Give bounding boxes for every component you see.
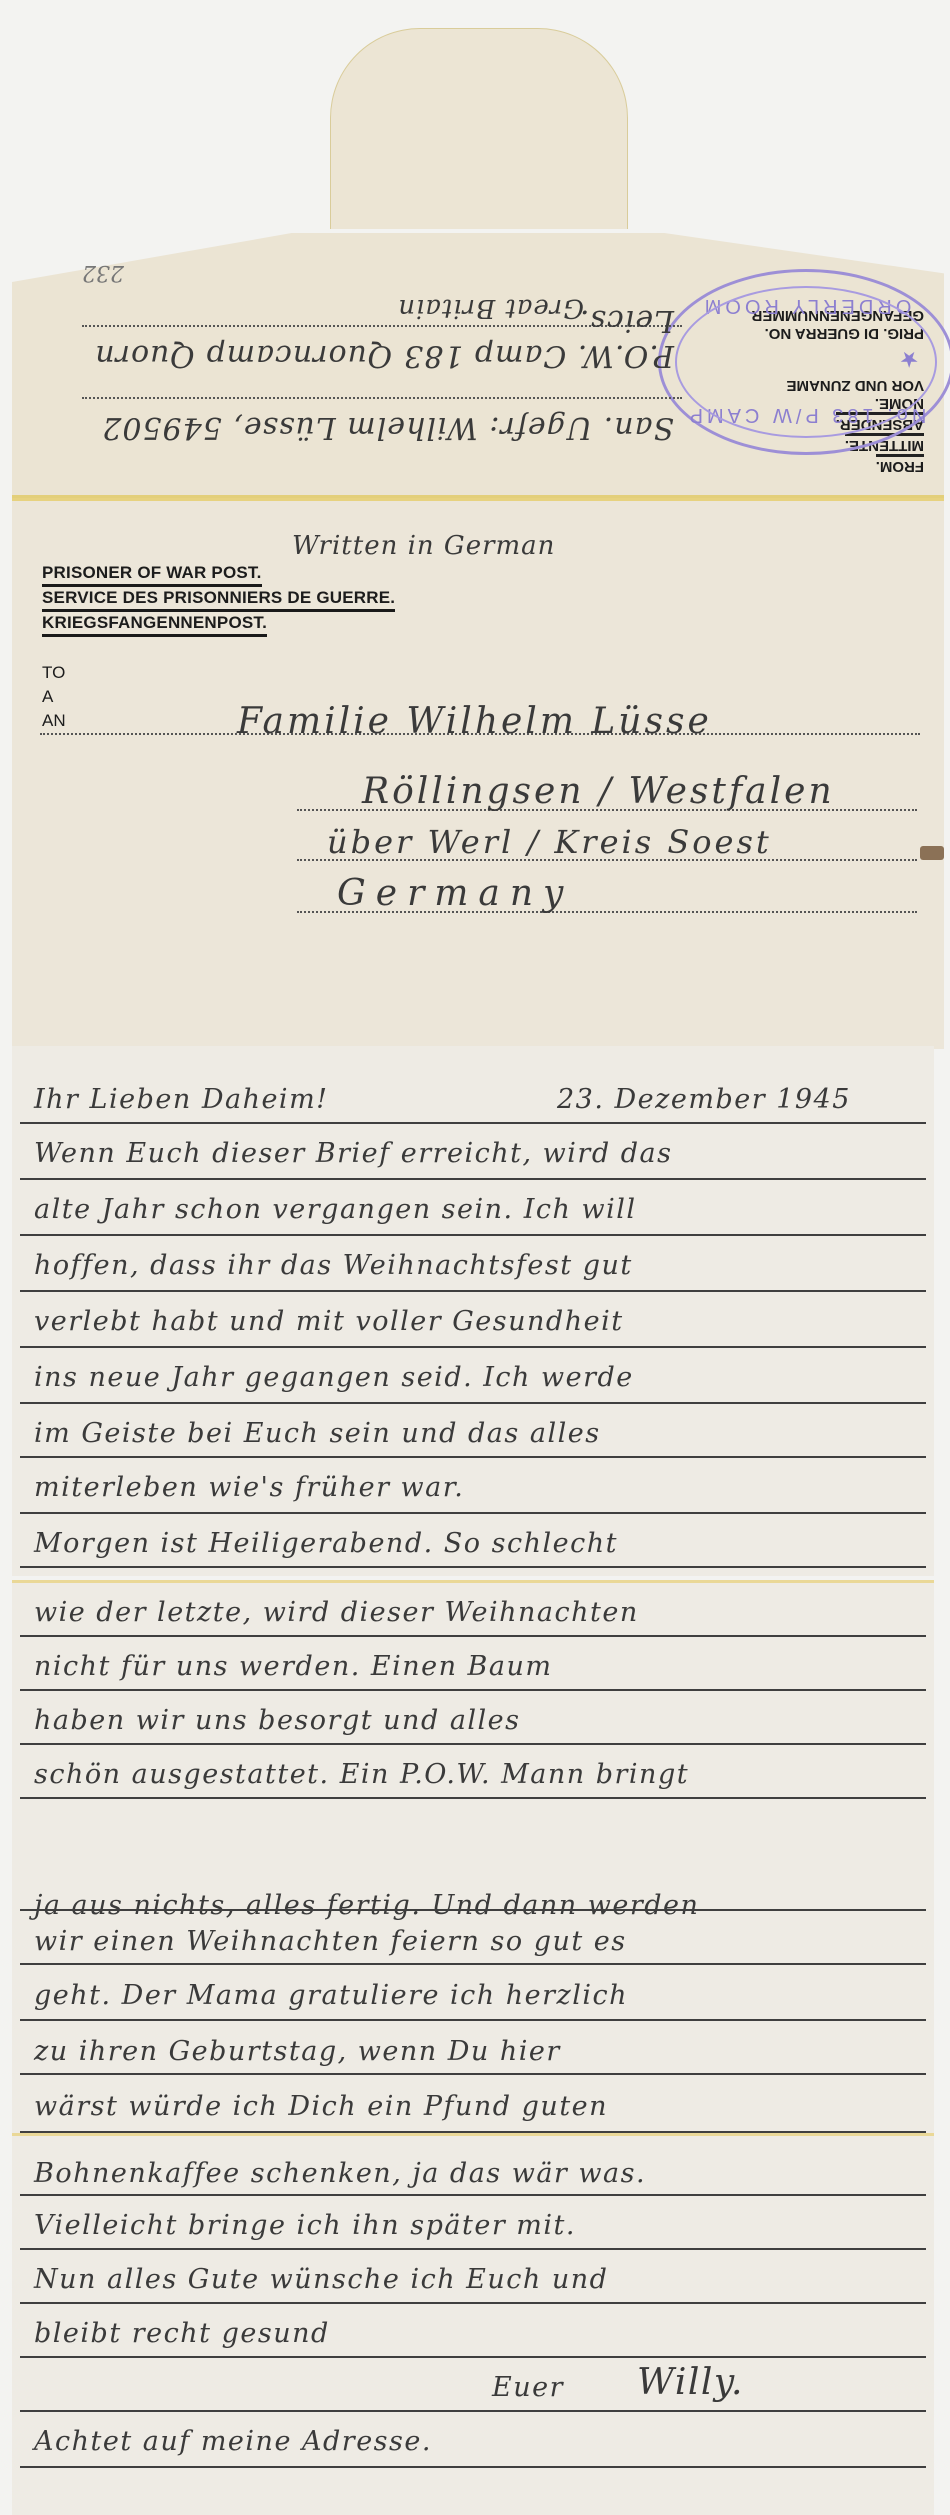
from-label: FROM. bbox=[876, 454, 924, 475]
ruled-line bbox=[20, 2073, 926, 2075]
letter-page-1: Ihr Lieben Daheim! 23. Dezember 1945 Wen… bbox=[12, 1046, 934, 1576]
pow-post-header-en: PRISONER OF WAR POST. bbox=[42, 563, 262, 583]
header-fr-text: SERVICE DES PRISONNIERS DE GUERRE. bbox=[42, 588, 395, 612]
ruled-line bbox=[20, 1743, 926, 1745]
written-in-german-note: Written in German bbox=[292, 531, 555, 561]
letter-line: hoffen, dass ihr das Weihnachtsfest gut bbox=[34, 1250, 633, 1281]
letter-line: zu ihren Geburtstag, wenn Du hier bbox=[34, 2036, 561, 2067]
header-de-text: KRIEGSFANGENNENPOST. bbox=[42, 613, 267, 637]
ink-stain bbox=[920, 846, 944, 860]
letter-line: Nun alles Gute wünsche ich Euch und bbox=[34, 2264, 608, 2295]
pencil-number: 232 bbox=[82, 260, 124, 285]
letter-line: wie der letzte, wird dieser Weihnachten bbox=[34, 1597, 639, 1628]
ruled-line bbox=[20, 1909, 926, 1911]
orderly-room-stamp: No. 183 P/W CAMP ★ ORDERLY ROOM bbox=[658, 269, 950, 455]
envelope-flap-tab bbox=[330, 28, 628, 229]
letter-line: Bohnenkaffee schenken, ja das wär was. bbox=[34, 2158, 646, 2189]
sender-section: FROM. MITTENTE. ABSENDER. NOME. VOR UND … bbox=[12, 210, 944, 495]
ruled-line bbox=[20, 2466, 926, 2468]
sender-name: San. Ugefr: Wilhelm Lüsse, 549502 bbox=[101, 410, 674, 445]
letter-line: verlebt habt und mit voller Gesundheit bbox=[34, 1306, 624, 1337]
stamp-room-text: ORDERLY ROOM bbox=[661, 294, 950, 317]
sender-country: Great Britain bbox=[397, 293, 584, 323]
a-label: A bbox=[42, 687, 53, 707]
ruled-line bbox=[20, 2356, 926, 2358]
letter-page-2: wie der letzte, wird dieser Weihnachten … bbox=[12, 1583, 934, 2133]
ruled-line bbox=[20, 1402, 926, 1404]
letter-line: im Geiste bei Euch sein und das alles bbox=[34, 1418, 601, 1449]
letter-line: Vielleicht bringe ich ihn später mit. bbox=[34, 2210, 576, 2241]
letter-line: ins neue Jahr gegangen seid. Ich werde bbox=[34, 1362, 634, 1393]
ruled-line bbox=[20, 1234, 926, 1236]
postscript: Achtet auf meine Adresse. bbox=[34, 2426, 432, 2457]
ruled-line bbox=[20, 1566, 926, 1568]
ruled-line bbox=[20, 1689, 926, 1691]
salutation: Ihr Lieben Daheim! bbox=[34, 1084, 329, 1115]
closing: Euer bbox=[492, 2372, 564, 2403]
letter-line: nicht für uns werden. Einen Baum bbox=[34, 1651, 552, 1682]
letter-line: haben wir uns besorgt und alles bbox=[34, 1705, 521, 1736]
letter-line: ja aus nichts, alles fertig. Und dann we… bbox=[34, 1890, 699, 1921]
to-label: TO bbox=[42, 663, 65, 683]
letter-line: geht. Der Mama gratuliere ich herzlich bbox=[34, 1980, 628, 2011]
ruled-line bbox=[20, 2410, 926, 2412]
recipient-district: über Werl / Kreis Soest bbox=[327, 823, 772, 861]
recipient-name: Familie Wilhelm Lüsse bbox=[237, 701, 712, 742]
ruled-line bbox=[20, 1122, 926, 1124]
ruled-line bbox=[20, 1635, 926, 1637]
ruled-line bbox=[20, 2019, 926, 2021]
ruled-line bbox=[20, 1178, 926, 1180]
letter-line: alte Jahr schon vergangen sein. Ich will bbox=[34, 1194, 636, 1225]
pow-post-header-fr: SERVICE DES PRISONNIERS DE GUERRE. bbox=[42, 588, 395, 608]
ruled-line bbox=[20, 1290, 926, 1292]
letter-line: wärst würde ich Dich ein Pfund guten bbox=[34, 2091, 608, 2122]
letter-line: Wenn Euch dieser Brief erreicht, wird da… bbox=[34, 1138, 672, 1169]
ruled-line bbox=[20, 1456, 926, 1458]
letter-line: Morgen ist Heiligerabend. So schlecht bbox=[34, 1528, 618, 1559]
ruled-line bbox=[20, 2302, 926, 2304]
ruled-line bbox=[20, 1963, 926, 1965]
sender-name-line bbox=[82, 397, 682, 399]
ruled-line bbox=[20, 1346, 926, 1348]
letter-line: wir einen Weihnachten feiern so gut es bbox=[34, 1926, 627, 1957]
ruled-line bbox=[20, 2194, 926, 2196]
star-icon: ★ bbox=[899, 346, 919, 372]
signature: Willy. bbox=[637, 2362, 744, 2403]
stamp-camp-text: No. 183 P/W CAMP bbox=[661, 403, 950, 426]
letter-line: miterleben wie's früher war. bbox=[34, 1472, 464, 1503]
header-en-text: PRISONER OF WAR POST. bbox=[42, 563, 262, 587]
ruled-line bbox=[20, 2248, 926, 2250]
ruled-line bbox=[20, 1797, 926, 1799]
recipient-country: Germany bbox=[337, 873, 573, 914]
letter-page-3: Bohnenkaffee schenken, ja das wär was. V… bbox=[12, 2136, 934, 2515]
address-panel: Written in German PRISONER OF WAR POST. … bbox=[12, 498, 944, 1049]
letter-line: schön ausgestattet. Ein P.O.W. Mann brin… bbox=[34, 1759, 689, 1790]
ruled-line bbox=[20, 1512, 926, 1514]
letter-date: 23. Dezember 1945 bbox=[557, 1084, 851, 1115]
letter-line: bleibt recht gesund bbox=[34, 2318, 330, 2349]
an-label: AN bbox=[42, 711, 66, 731]
pow-post-header-de: KRIEGSFANGENNENPOST. bbox=[42, 613, 267, 633]
recipient-town: Röllingsen / Westfalen bbox=[362, 771, 835, 812]
